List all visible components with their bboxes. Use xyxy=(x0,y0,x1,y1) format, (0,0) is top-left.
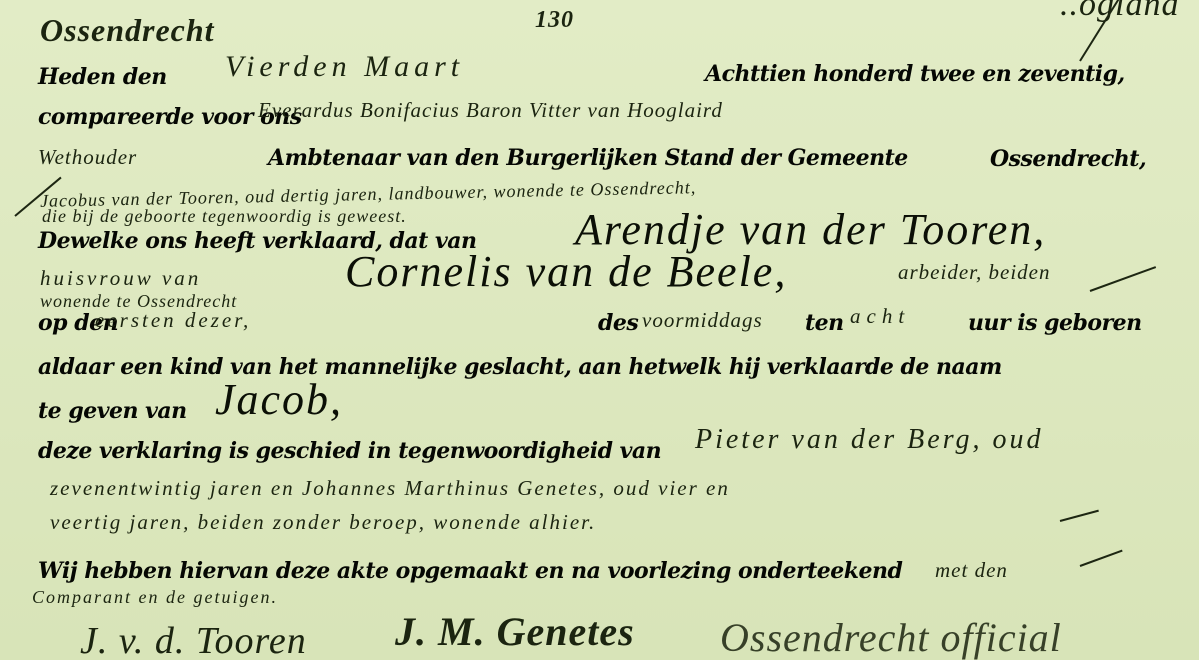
pen-stroke xyxy=(1080,550,1123,567)
handwritten-text: met den xyxy=(935,560,1008,581)
signature-witness: J. M. Genetes xyxy=(395,612,635,652)
printed-text: Heden den xyxy=(38,66,167,88)
birth-record-page: Ossendrecht 130 ..ogland Heden den Vierd… xyxy=(0,0,1199,660)
printed-text: uur is geboren xyxy=(968,312,1142,334)
corner-fragment: ..ogland xyxy=(1060,0,1179,22)
printed-year: Achttien honderd twee en zeventig, xyxy=(705,63,1125,85)
record-number: 130 xyxy=(535,8,574,32)
witness-details: zevenentwintig jaren en Johannes Marthin… xyxy=(50,478,730,499)
handwritten-witness-note: die bij de geboorte tegenwoordig is gewe… xyxy=(42,207,407,225)
handwritten-text: huisvrouw van xyxy=(40,268,201,289)
municipality-name: Ossendrecht, xyxy=(990,148,1146,170)
printed-text: des xyxy=(598,312,638,334)
handwritten-text: Comparant en de getuigen. xyxy=(32,588,278,606)
place-heading: Ossendrecht xyxy=(40,14,215,46)
pen-stroke xyxy=(1060,510,1099,522)
father-name: Cornelis van de Beele, xyxy=(345,250,787,294)
handwritten-occupation: arbeider, beiden xyxy=(898,262,1050,283)
printed-text: te geven van xyxy=(38,400,187,422)
handwritten-day: eersten dezer, xyxy=(95,310,251,331)
signature-declarant: J. v. d. Tooren xyxy=(80,622,307,660)
handwritten-official-name: Everardus Bonifacius Baron Vitter van Ho… xyxy=(258,100,723,121)
printed-text: Wij hebben hiervan deze akte opgemaakt e… xyxy=(38,560,902,582)
printed-text: aldaar een kind van het mannelijke gesla… xyxy=(38,356,1002,378)
mother-name: Arendje van der Tooren, xyxy=(575,208,1046,252)
witness-details: veertig jaren, beiden zonder beroep, won… xyxy=(50,512,596,533)
printed-text: ten xyxy=(805,312,844,334)
pen-stroke xyxy=(1090,266,1156,292)
child-name: Jacob, xyxy=(215,378,343,422)
signature-official: Ossendrecht official xyxy=(720,618,1062,658)
printed-text: Ambtenaar van den Burgerlijken Stand der… xyxy=(268,147,908,169)
handwritten-date: Vierden Maart xyxy=(225,52,464,82)
handwritten-hour: acht xyxy=(850,306,910,327)
witness-1-name: Pieter van der Berg, oud xyxy=(695,426,1044,454)
handwritten-time-of-day: voormiddags xyxy=(642,310,763,331)
handwritten-title: Wethouder xyxy=(38,147,137,168)
printed-text: deze verklaring is geschied in tegenwoor… xyxy=(38,440,661,462)
